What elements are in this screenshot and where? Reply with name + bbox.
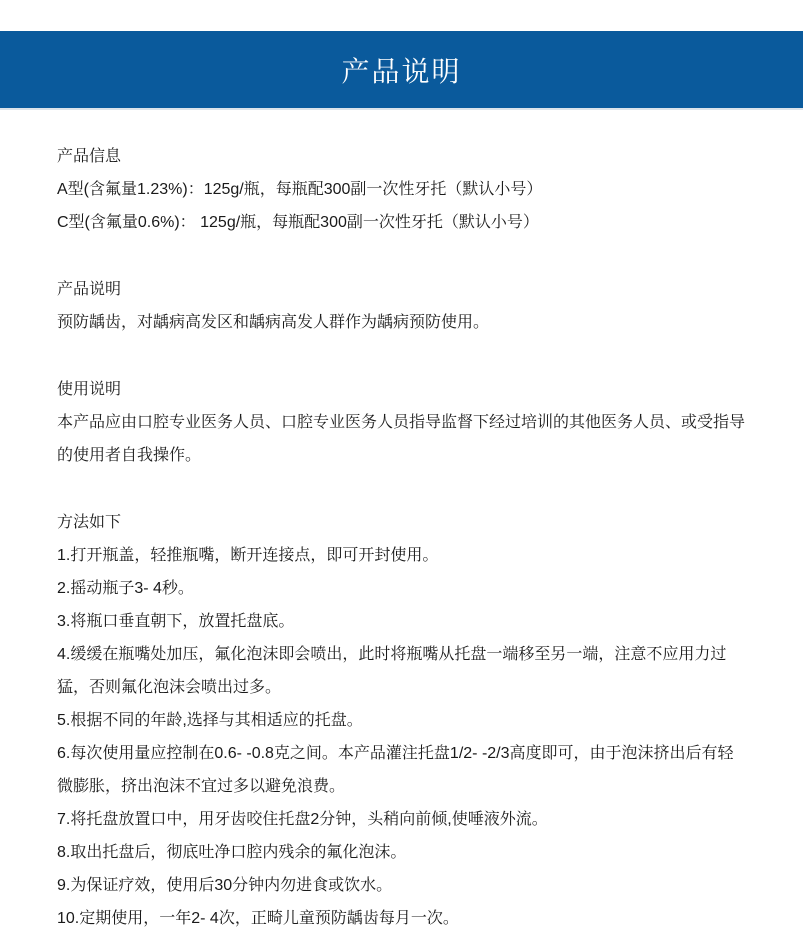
- section-method-steps: 方法如下 1.打开瓶盖，轻推瓶嘴，断开连接点，即可开封使用。 2.摇动瓶子3- …: [57, 506, 747, 935]
- method-step-9: 9.为保证疗效，使用后30分钟内勿进食或饮水。: [57, 869, 747, 902]
- method-step-10: 10.定期使用，一年2- 4次，正畸儿童预防龋齿每月一次。: [57, 902, 747, 935]
- usage-line: 本产品应由口腔专业医务人员、口腔专业医务人员指导监督下经过培训的其他医务人员、或…: [57, 406, 747, 472]
- product-variant-c-line: C型(含氟量0.6%)： 125g/瓶，每瓶配300副一次性牙托（默认小号）: [57, 206, 747, 239]
- method-step-4: 4.缓缓在瓶嘴处加压，氟化泡沫即会喷出，此时将瓶嘴从托盘一端移至另一端，注意不应…: [57, 638, 747, 704]
- method-step-8: 8.取出托盘后，彻底吐净口腔内残余的氟化泡沫。: [57, 836, 747, 869]
- section-heading: 使用说明: [57, 373, 747, 406]
- page-header-banner: 产品说明: [0, 31, 803, 110]
- product-variant-a-line: A型(含氟量1.23%)：125g/瓶，每瓶配300副一次性牙托（默认小号）: [57, 173, 747, 206]
- method-step-6: 6.每次使用量应控制在0.6- -0.8克之间。本产品灌注托盘1/2- -2/3…: [57, 737, 747, 803]
- section-heading: 方法如下: [57, 506, 747, 539]
- method-step-2: 2.摇动瓶子3- 4秒。: [57, 572, 747, 605]
- product-description-page: 产品说明 产品信息 A型(含氟量1.23%)：125g/瓶，每瓶配300副一次性…: [0, 0, 803, 942]
- method-step-3: 3.将瓶口垂直朝下，放置托盘底。: [57, 605, 747, 638]
- method-step-7: 7.将托盘放置口中，用牙齿咬住托盘2分钟，头稍向前倾,使唾液外流。: [57, 803, 747, 836]
- section-heading: 产品信息: [57, 140, 747, 173]
- method-step-1: 1.打开瓶盖，轻推瓶嘴，断开连接点，即可开封使用。: [57, 539, 747, 572]
- section-product-info: 产品信息 A型(含氟量1.23%)：125g/瓶，每瓶配300副一次性牙托（默认…: [57, 140, 747, 239]
- method-step-5: 5.根据不同的年龄,选择与其相适应的托盘。: [57, 704, 747, 737]
- section-usage-instructions: 使用说明 本产品应由口腔专业医务人员、口腔专业医务人员指导监督下经过培训的其他医…: [57, 373, 747, 472]
- section-product-description: 产品说明 预防龋齿，对龋病高发区和龋病高发人群作为龋病预防使用。: [57, 273, 747, 339]
- content-area: 产品信息 A型(含氟量1.23%)：125g/瓶，每瓶配300副一次性牙托（默认…: [0, 110, 803, 935]
- top-margin-strip: [0, 0, 803, 31]
- description-line: 预防龋齿，对龋病高发区和龋病高发人群作为龋病预防使用。: [57, 306, 747, 339]
- page-title: 产品说明: [341, 50, 461, 90]
- section-heading: 产品说明: [57, 273, 747, 306]
